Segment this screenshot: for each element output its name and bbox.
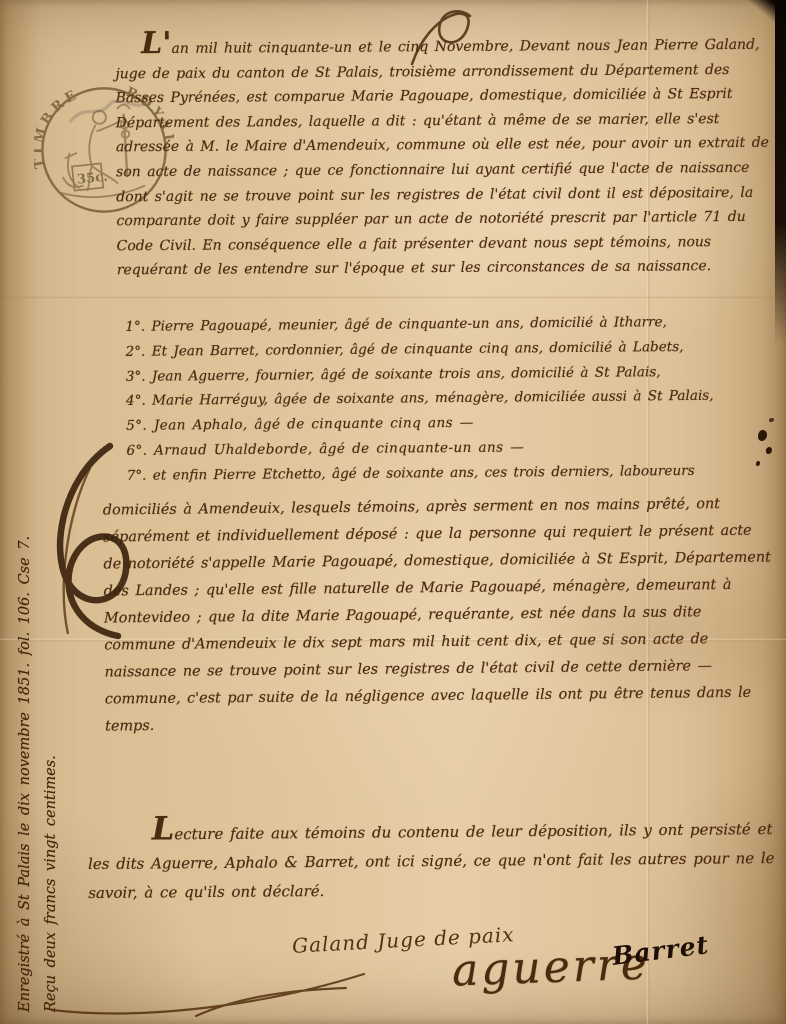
witness-list: 1°. Pierre Pagouapé, meunier, âgé de cin…: [125, 309, 776, 488]
judge-signature-flourish: [46, 968, 376, 1020]
faint-pencil-scribble: [66, 92, 156, 132]
stamp-denomination: 35c.: [76, 170, 108, 188]
photo-corner-shadow: [734, 0, 786, 30]
stamp-value-block: 35c.: [72, 163, 109, 191]
margin-paraphe-flourish: [38, 438, 153, 648]
deposition-paragraph: domiciliés à Amendeuix, lesquels témoins…: [103, 490, 776, 740]
top-ornament-flourish: [400, 0, 530, 70]
photo-edge-shadow: [775, 0, 786, 345]
margin-note-line1: Enregistré à St Palais le dix novembre 1…: [12, 268, 38, 1012]
closing-paragraph: Lecture faite aux témoins du contenu de …: [88, 809, 781, 908]
